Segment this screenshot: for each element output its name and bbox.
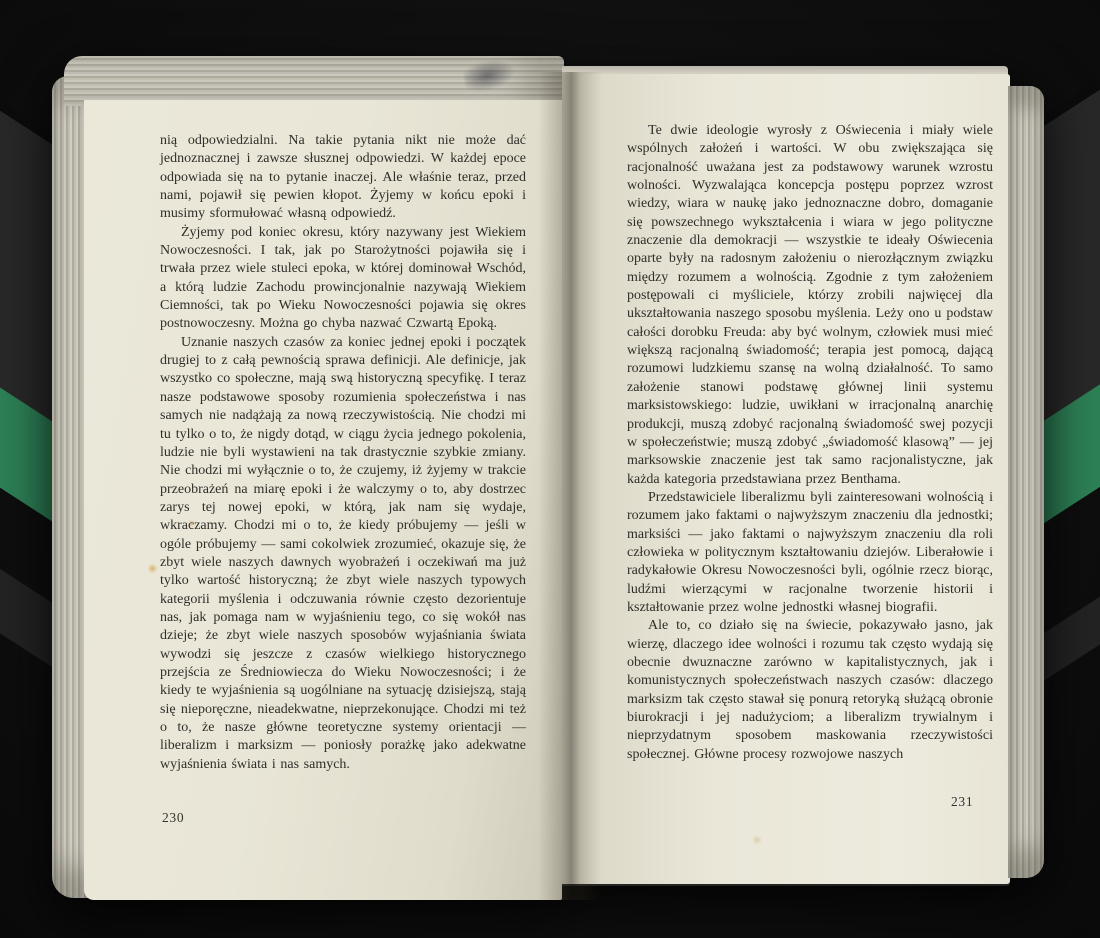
open-book: nią odpowiedzialni. Na takie pytania nik… [52,56,1044,908]
right-page-text: Te dwie ideologie wyrosły z Oświecenia i… [627,122,993,764]
paper-stain [752,836,762,844]
paper-stain [148,564,157,573]
left-page-text: nią odpowiedzialni. Na takie pytania nik… [160,132,526,774]
paragraph: Ale to, co działo się na świecie, pokazy… [627,617,993,764]
book-photo-scene: nią odpowiedzialni. Na takie pytania nik… [0,0,1100,938]
paragraph: Przedstawiciele liberalizmu byli zainter… [627,489,993,617]
fore-edge-stamp-mark [461,55,518,95]
paragraph-continuation: nią odpowiedzialni. Na takie pytania nik… [160,132,526,224]
top-page-edge-stack [64,56,564,106]
paragraph: Te dwie ideologie wyrosły z Oświecenia i… [627,122,993,489]
right-page-number: 231 [951,794,973,810]
paragraph: Uznanie naszych czasów za koniec jednej … [160,334,526,774]
left-page-number: 230 [162,810,184,826]
right-fore-edge-page-stack [1008,86,1044,878]
paragraph: Żyjemy pod koniec okresu, który nazywany… [160,224,526,334]
